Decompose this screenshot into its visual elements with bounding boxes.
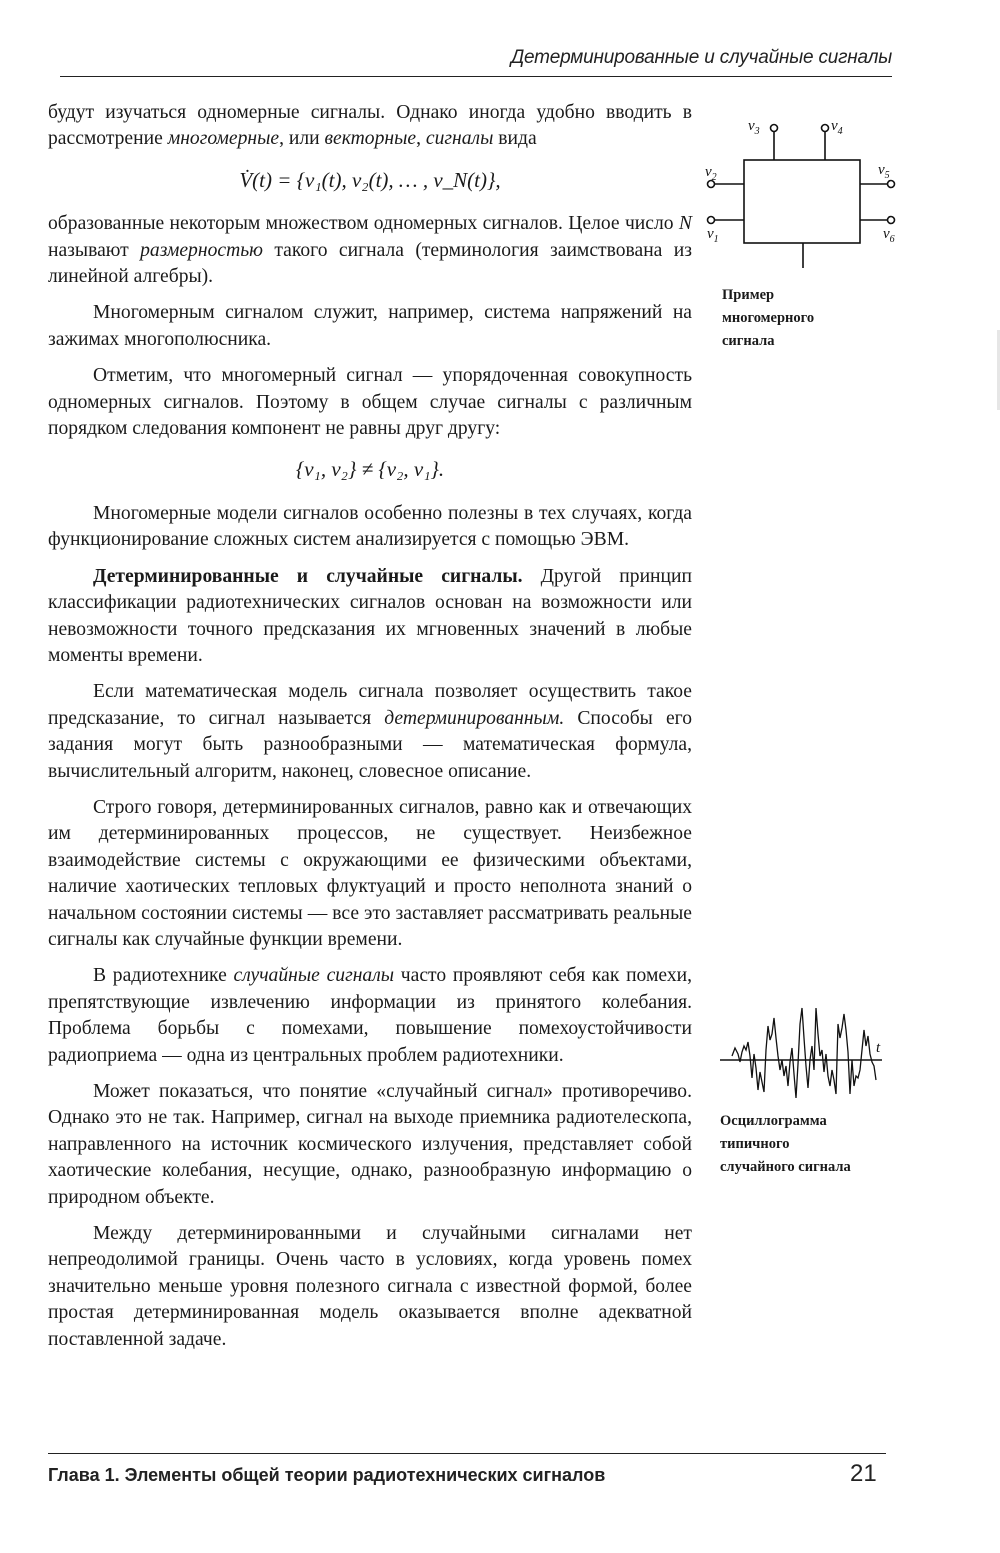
terminal-label-v5: v5 (878, 162, 890, 181)
paragraph-9: В радиотехнике случайные сигналы часто п… (48, 963, 692, 1069)
emphasis: векторные (325, 128, 417, 149)
emphasis: случайные сигналы (234, 965, 395, 986)
text-span: , (416, 128, 426, 149)
section-run-in-heading: Детерминированные и случайные сигналы. (93, 566, 523, 587)
terminal-label-v4: v4 (831, 118, 843, 137)
text-span: В радиотехнике (93, 965, 234, 986)
text-span: вида (493, 128, 536, 149)
emphasis: размерностью (140, 240, 263, 261)
paragraph-3: Многомерным сигналом служит, например, с… (48, 300, 692, 353)
paragraph-1: будут изучаться одномерные сигналы. Одна… (48, 100, 692, 153)
random-signal-oscillogram: t (716, 990, 886, 1110)
terminal-label-v2: v2 (705, 164, 717, 183)
main-text-column: будут изучаться одномерные сигналы. Одна… (48, 100, 692, 1353)
paragraph-4: Отметим, что многомерный сигнал — упоряд… (48, 363, 692, 442)
caption-line: Пример (722, 284, 814, 307)
caption-line: сигнала (722, 330, 814, 353)
emphasis: многомерные (168, 128, 279, 149)
paragraph-11: Между детерминированными и случайными си… (48, 1221, 692, 1353)
emphasis: сигналы (426, 128, 493, 149)
caption-line: многомерного (722, 307, 814, 330)
terminal-label-v1: v1 (707, 226, 719, 245)
footer-rule (48, 1453, 886, 1454)
text-span: образованные некоторым множеством одноме… (48, 213, 679, 234)
paragraph-7: Если математическая модель сигнала позво… (48, 679, 692, 785)
header-rule (60, 76, 892, 77)
paragraph-6: Детерминированные и случайные сигналы. Д… (48, 564, 692, 670)
paragraph-8: Строго говоря, детерминированных сигнало… (48, 795, 692, 953)
text-span: , или (279, 128, 324, 149)
caption-line: случайного сигнала (720, 1156, 851, 1179)
formula-vector-signal: V̇(t) = {v₁(t), v₂(t), … , v_N(t)}, (48, 167, 692, 193)
emphasis: N (679, 213, 692, 234)
caption-line: типичного (720, 1133, 851, 1156)
emphasis: детерминированным. (384, 708, 564, 729)
text-span: называют (48, 240, 140, 261)
multipole-diagram: v3 v4 v2 v1 v5 v6 (700, 108, 900, 268)
paragraph-10: Может показаться, что понятие «случайный… (48, 1079, 692, 1211)
formula-inequality: {v₁, v₂} ≠ {v₂, v₁}. (48, 456, 692, 482)
paragraph-5: Многомерные модели сигналов особенно пол… (48, 501, 692, 554)
terminal-label-v6: v6 (883, 226, 895, 245)
figure-caption-multipole: Пример многомерного сигнала (722, 284, 814, 353)
running-head: Детерминированные и случайные сигналы (500, 47, 892, 69)
caption-line: Осциллограмма (720, 1110, 851, 1133)
page-number: 21 (850, 1460, 877, 1488)
footer-chapter-title: Глава 1. Элементы общей теории радиотехн… (48, 1465, 605, 1486)
figure-caption-oscillogram: Осциллограмма типичного случайного сигна… (720, 1110, 851, 1179)
paragraph-2: образованные некоторым множеством одноме… (48, 211, 692, 290)
terminal-label-v3: v3 (748, 118, 760, 137)
axis-label-t: t (876, 1040, 881, 1056)
